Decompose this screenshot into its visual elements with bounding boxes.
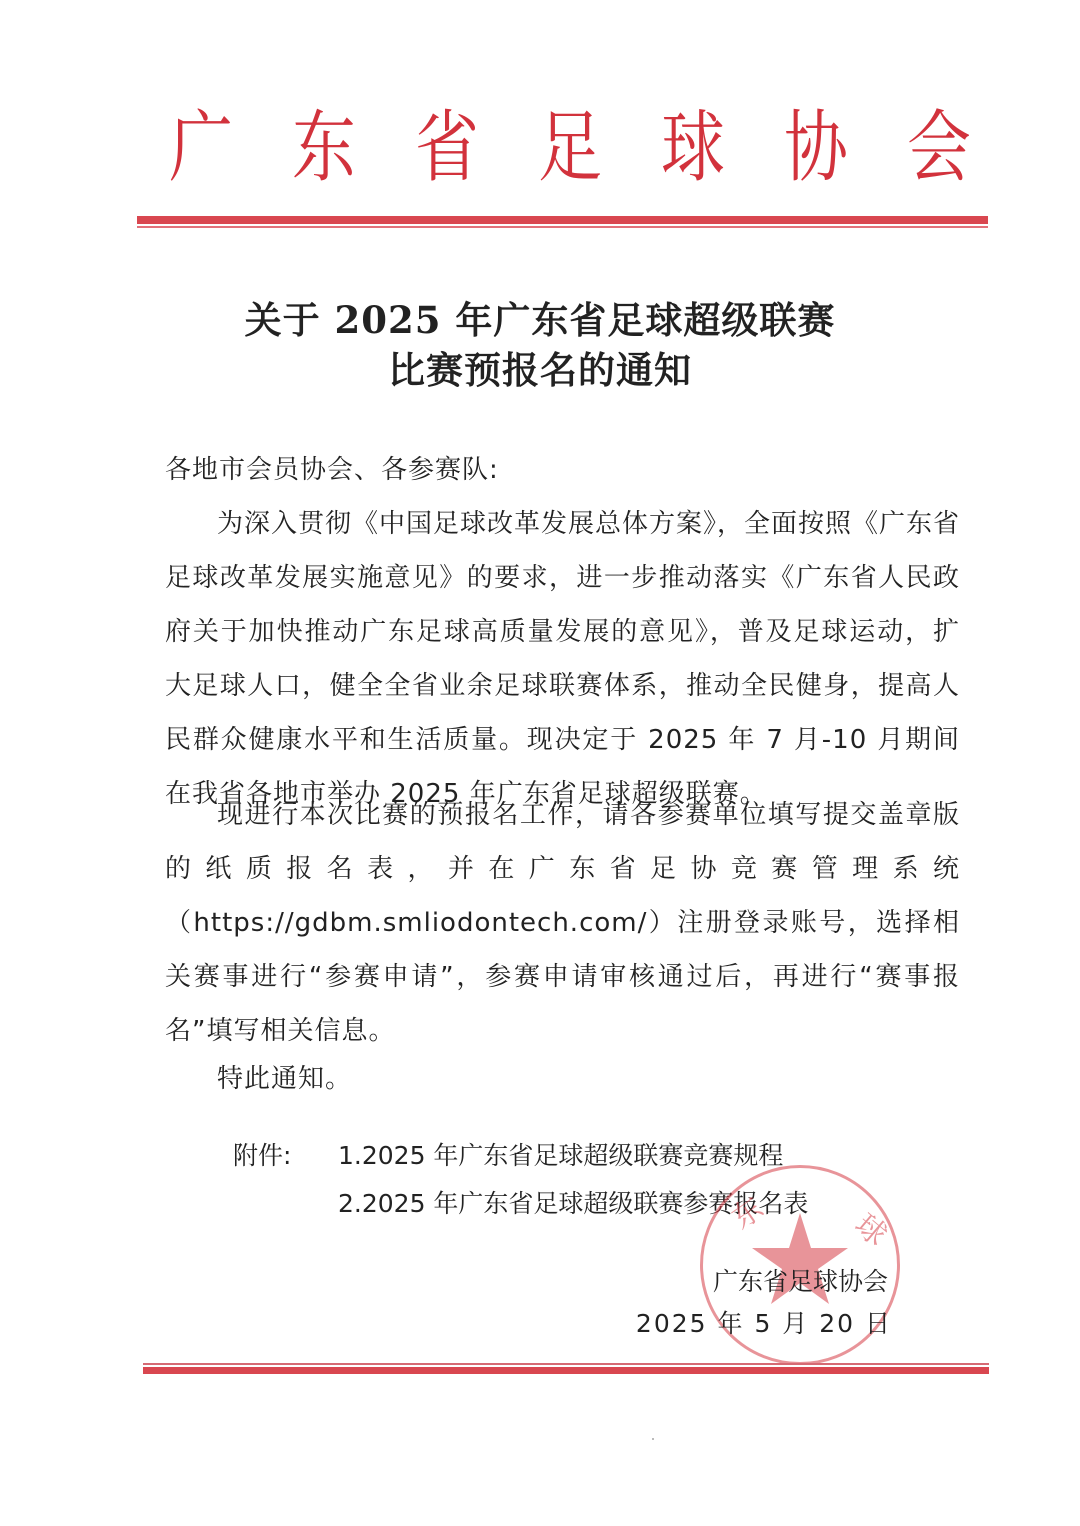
letterhead-divider-thin: [137, 226, 988, 228]
body-paragraph: 现进行本次比赛的预报名工作，请各参赛单位填写提交盖章版的纸质报名表，并在广东省足…: [165, 788, 960, 1058]
footer-divider-thick: [143, 1367, 989, 1374]
scan-speck: [652, 1438, 654, 1440]
letterhead-char: 球: [661, 98, 725, 198]
letterhead-org-name: 广 东 省 足 球 协 会: [140, 98, 1000, 198]
letterhead-char: 广: [169, 98, 233, 198]
signature-date: 2025 年 5 月 20 日: [636, 1300, 892, 1348]
document-title-line-2: 比赛预报名的通知: [0, 340, 1080, 394]
attachment-item: 1.2025 年广东省足球超级联赛竞赛规程: [338, 1132, 783, 1180]
body-paragraph-2-container: 现进行本次比赛的预报名工作，请各参赛单位填写提交盖章版的纸质报名表，并在广东省足…: [165, 788, 960, 1058]
signer-organization: 广东省足球协会: [713, 1258, 888, 1306]
letterhead-char: 足: [538, 98, 602, 198]
salutation: 各地市会员协会、各参赛队:: [165, 443, 499, 497]
letterhead-divider-thick: [137, 216, 988, 224]
letterhead-char: 东: [292, 98, 356, 198]
attachment-item: 2.2025 年广东省足球超级联赛参赛报名表: [338, 1180, 808, 1228]
letterhead-char: 省: [415, 98, 479, 198]
svg-text:球: 球: [848, 1207, 893, 1253]
letterhead-char: 协: [784, 98, 848, 198]
closing-remark: 特此通知。: [165, 1052, 960, 1106]
body-paragraph-3-container: 特此通知。: [165, 1052, 960, 1106]
document-title-line-1: 关于 2025 年广东省足球超级联赛: [0, 290, 1080, 344]
footer-divider-thin: [143, 1363, 989, 1365]
attachments-label: 附件:: [233, 1132, 291, 1180]
letterhead-char: 会: [907, 98, 971, 198]
body-paragraph: 为深入贯彻《中国足球改革发展总体方案》，全面按照《广东省足球改革发展实施意见》的…: [165, 497, 960, 821]
body-paragraph-1-container: 为深入贯彻《中国足球改革发展总体方案》，全面按照《广东省足球改革发展实施意见》的…: [165, 497, 960, 821]
